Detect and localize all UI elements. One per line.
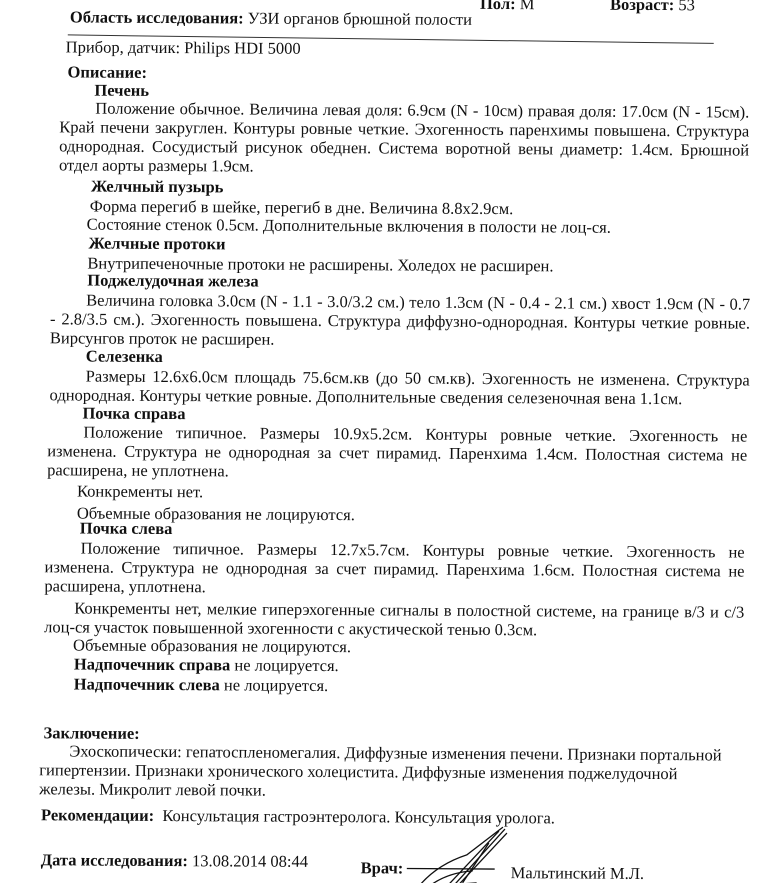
age-value: 53 [678,0,695,14]
section-text-spleen: Размеры 12.6x6.0см площадь 75.6см.кв (до… [50,366,750,408]
doctor-label: Врач: [361,858,404,877]
section-text-pancreas: Величина головка 3.0см (N - 1.1 - 3.0/3.… [50,290,750,351]
study-date: Дата исследования: 13.08.2014 08:44 [41,850,308,871]
adrenal-left-label: Надпочечник слева [74,674,220,694]
section-text-right-kidney-2: Конкременты нет. [77,481,203,501]
section-heading-left-kidney: Почка слева [80,518,173,538]
section-text-left-kidney-1: Положение типичное. Размеры 12.7x5.7см. … [44,538,744,599]
adrenal-left-value: не лоцируется. [224,675,328,695]
device-line: Прибор, датчик: Philips HDI 5000 [66,37,301,57]
study-date-value: 13.08.2014 08:44 [192,851,308,871]
section-text-right-kidney-1: Положение типичное. Размеры 10.9x5.2см. … [47,422,747,483]
sex-label: Пол: [480,0,516,13]
section-heading-gallbladder: Желчный пузырь [91,177,224,197]
section-heading-spleen: Селезенка [86,347,163,366]
section-text-liver: Положение обычное. Величина левая доля: … [59,98,749,178]
section-text-left-kidney-3: Объемные образования не лоцируются. [73,635,351,656]
device-label: Прибор, датчик: [66,37,180,57]
device-value: Philips HDI 5000 [184,38,301,58]
sex-value: М [520,0,535,13]
adrenal-left: Надпочечник слева не лоцируется. [74,674,329,695]
ultrasound-report-page: Пол: М Возраст: 53 Область исследования:… [0,0,768,883]
sex-field: Пол: М [480,0,535,13]
conclusion-title: Заключение: [43,723,139,743]
recommendations-label: Рекомендации: [41,805,154,825]
study-area-value: УЗИ органов брюшной полости [248,9,472,29]
section-heading-bile-ducts: Желчные протоки [88,234,225,254]
section-heading-liver: Печень [94,81,149,100]
adrenal-right-label: Надпочечник справа [74,654,230,674]
study-area-label: Область исследования: [70,7,244,27]
doctor-signature [407,825,517,883]
doctor-name: Мальтинский М.Л. [511,863,645,883]
adrenal-right: Надпочечник справа не лоцируется. [74,654,339,675]
conclusion-text: Эхоскопически: гепатоспленомегалия. Дифф… [39,741,729,802]
section-heading-right-kidney: Почка справа [82,404,185,424]
adrenal-right-value: не лоцируется. [234,655,338,675]
age-label: Возраст: [610,0,674,14]
study-date-label: Дата исследования: [41,850,188,870]
age-field: Возраст: 53 [610,0,695,14]
section-heading-pancreas: Поджелудочная железа [87,271,258,291]
study-area: Область исследования: УЗИ органов брюшно… [70,7,472,28]
section-text-left-kidney-2: Конкременты нет, мелкие гиперэхогенные с… [44,598,744,640]
description-title: Описание: [68,62,148,81]
